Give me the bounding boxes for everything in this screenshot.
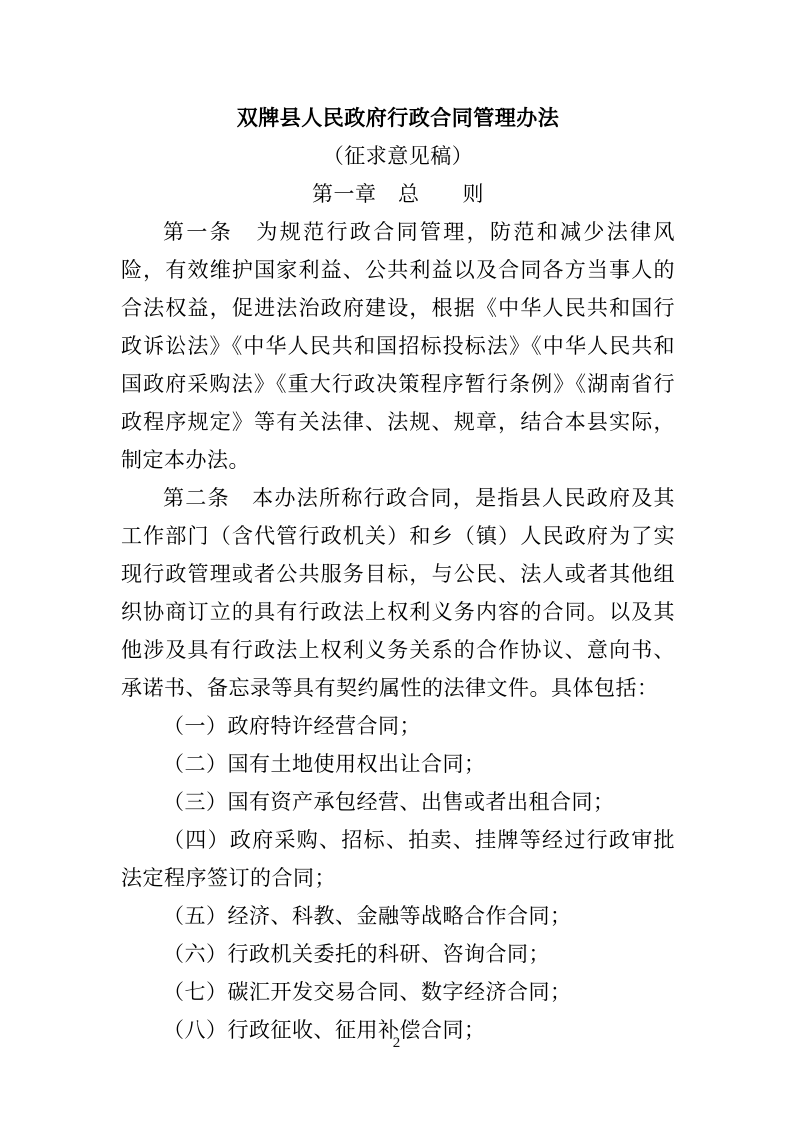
list-item-3: （三）国有资产承包经营、出售或者出租合同； <box>121 783 675 821</box>
paragraph-article-1: 第一条 为规范行政合同管理，防范和减少法律风险，有效维护国家利益、公共利益以及合… <box>121 213 675 479</box>
paragraph-article-2: 第二条 本办法所称行政合同，是指县人民政府及其工作部门（含代管行政机关）和乡（镇… <box>121 479 675 707</box>
document-page: 双牌县人民政府行政合同管理办法 （征求意见稿） 第一章 总 则 第一条 为规范行… <box>0 0 793 1122</box>
chapter-heading: 第一章 总 则 <box>121 175 675 213</box>
list-item-1: （一）政府特许经营合同； <box>121 707 675 745</box>
document-content: 双牌县人民政府行政合同管理办法 （征求意见稿） 第一章 总 则 第一条 为规范行… <box>121 99 675 1049</box>
list-item-5: （五）经济、科教、金融等战略合作合同； <box>121 897 675 935</box>
list-item-6: （六）行政机关委托的科研、咨询合同； <box>121 935 675 973</box>
list-item-4: （四）政府采购、招标、拍卖、挂牌等经过行政审批法定程序签订的合同； <box>121 821 675 897</box>
document-subtitle: （征求意见稿） <box>121 137 675 175</box>
list-item-7: （七）碳汇开发交易合同、数字经济合同； <box>121 973 675 1011</box>
list-item-2: （二）国有土地使用权出让合同； <box>121 745 675 783</box>
page-number: 2 <box>0 1033 793 1053</box>
document-title: 双牌县人民政府行政合同管理办法 <box>121 99 675 137</box>
